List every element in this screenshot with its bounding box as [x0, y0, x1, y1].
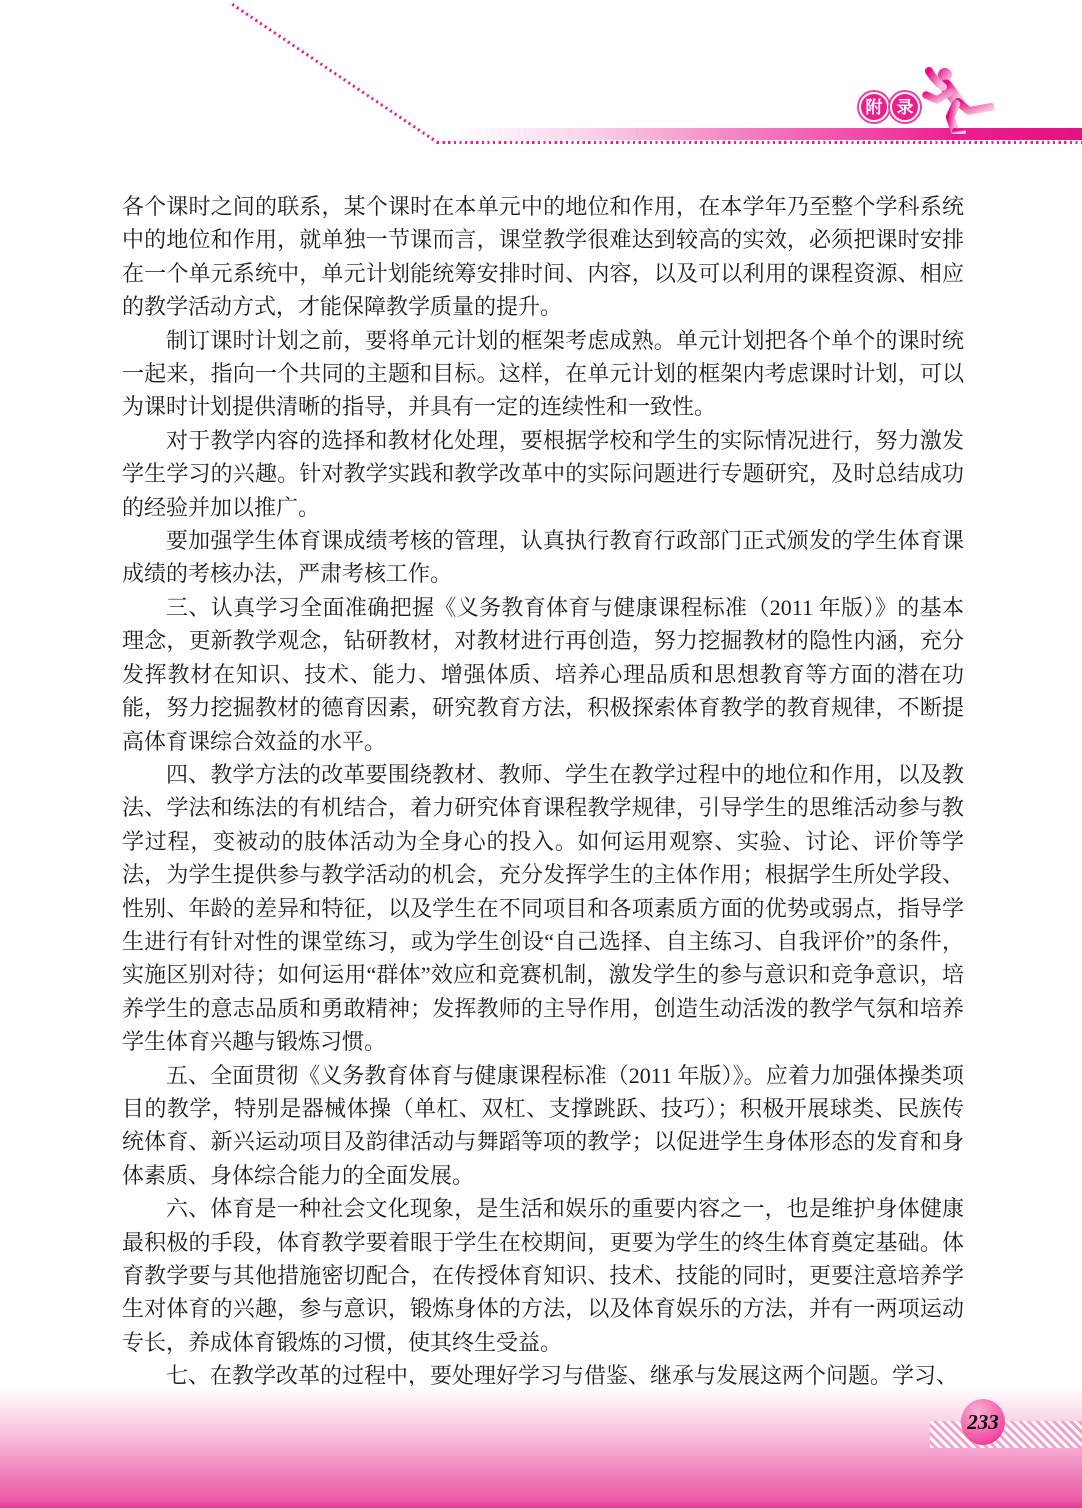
appendix-badge-char-1: 附: [859, 92, 889, 122]
appendix-badge-label-1: 附: [866, 99, 883, 116]
page-number: 233: [967, 1410, 999, 1435]
paragraph-item-6: 六、体育是一种社会文化现象，是生活和娱乐的重要内容之一，也是维护身体健康最积极的…: [122, 1192, 964, 1359]
paragraph-item-4: 四、教学方法的改革要围绕教材、教师、学生在教学过程中的地位和作用，以及教法、学法…: [122, 758, 964, 1059]
paragraph: 对于教学内容的选择和教材化处理，要根据学校和学生的实际情况进行，努力激发学生学习…: [122, 424, 964, 524]
footer-gradient: [0, 1386, 1082, 1508]
paragraph-continuation: 各个课时之间的联系，某个课时在本单元中的地位和作用，在本学年乃至整个学科系统中的…: [122, 190, 964, 324]
paragraph-item-3: 三、认真学习全面准确把握《义务教育体育与健康课程标准（2011 年版）》的基本理…: [122, 591, 964, 758]
page-number-badge: 233: [961, 1399, 1005, 1445]
appendix-badge-char-2: 录: [890, 92, 920, 122]
paragraph: 要加强学生体育课成绩考核的管理，认真执行教育行政部门正式颁发的学生体育课成绩的考…: [122, 524, 964, 591]
paragraph-item-5: 五、全面贯彻《义务教育体育与健康课程标准（2011 年版）》。应着力加强体操类项…: [122, 1059, 964, 1193]
running-person-icon: [922, 66, 994, 134]
horizontal-dotted-line: [437, 141, 1082, 144]
book-page: 附 录 各个课时之间的联系，某个课时在本单元中的地位和作用，在本学年乃至整个学科…: [0, 0, 1082, 1508]
appendix-badge-label-2: 录: [897, 99, 914, 116]
diagonal-dotted-line: [231, 3, 438, 144]
page-body-text: 各个课时之间的联系，某个课时在本单元中的地位和作用，在本学年乃至整个学科系统中的…: [122, 190, 964, 1393]
paragraph: 制订课时计划之前，要将单元计划的框架考虑成熟。单元计划把各个单个的课时统一起来，…: [122, 324, 964, 424]
footer-hatch-band: [930, 1421, 1082, 1448]
